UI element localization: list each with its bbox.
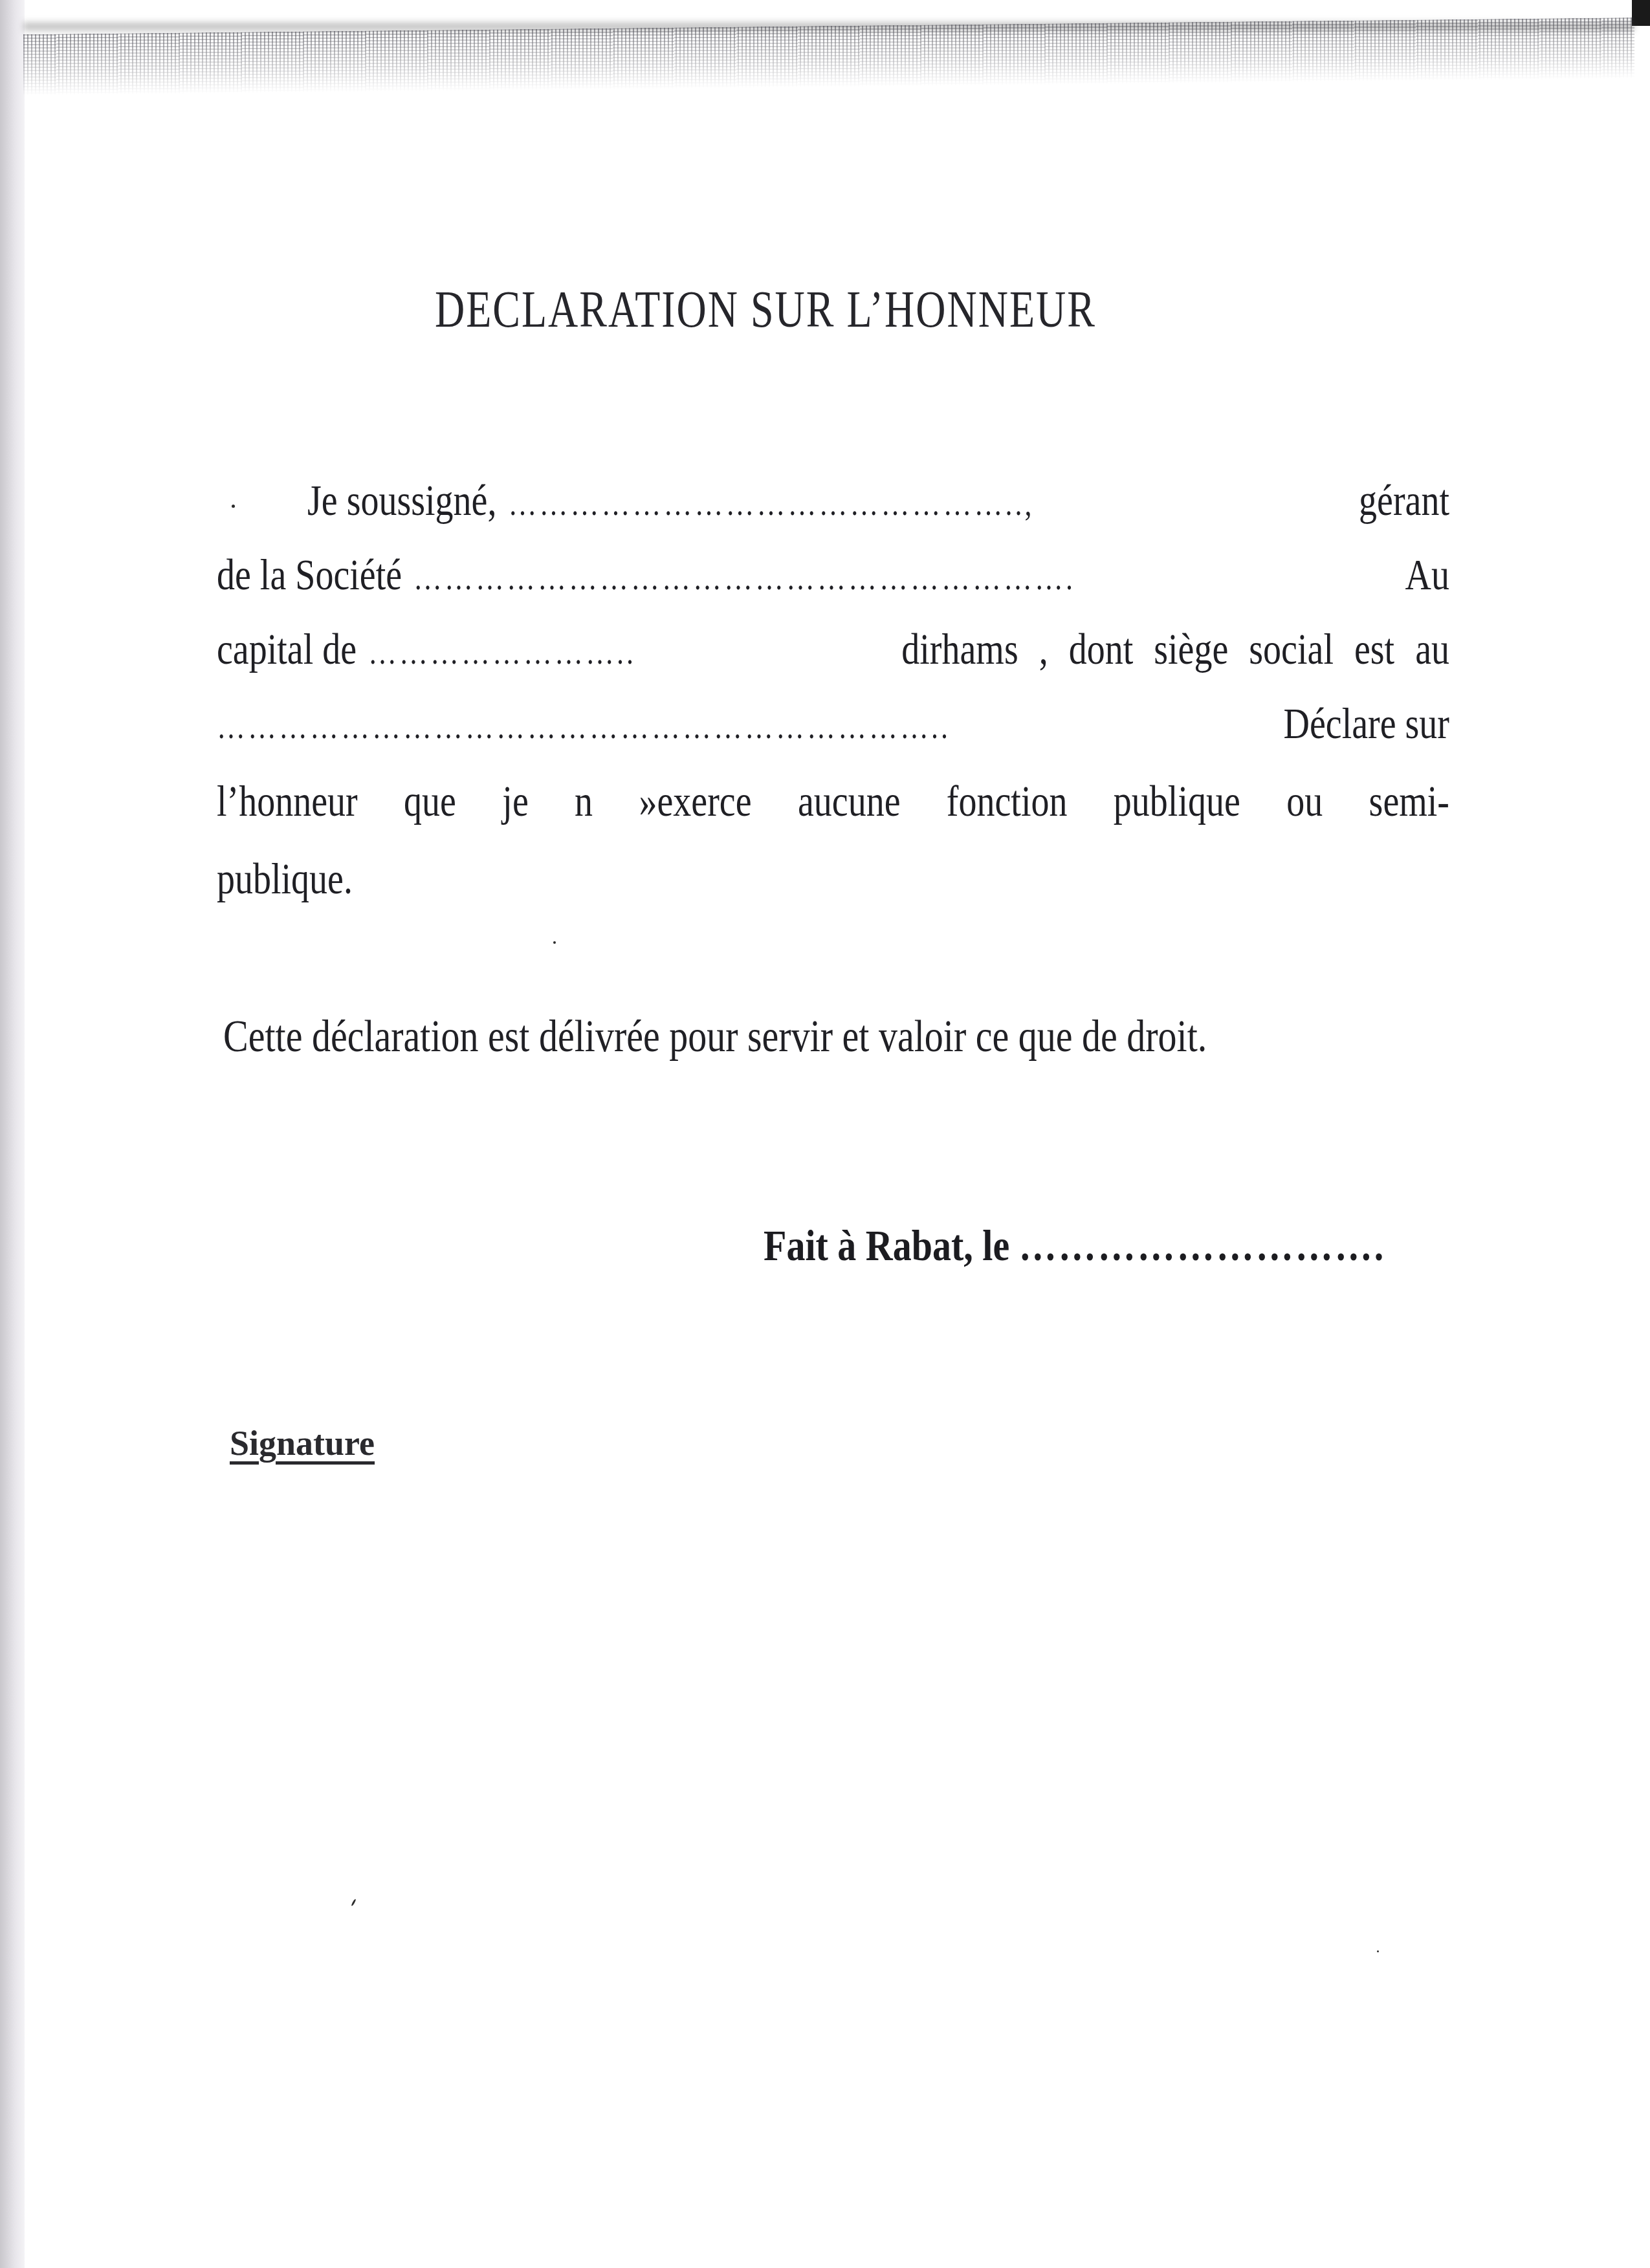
scan-speck <box>1377 1950 1379 1952</box>
body-line-2-tail: Au <box>1405 550 1449 600</box>
scan-left-edge <box>0 0 25 2268</box>
body-line-2: de la Société ………………………………………………………. Au <box>217 550 1449 613</box>
body-line-1-tail: gérant <box>1359 475 1449 526</box>
scan-right-edge <box>1632 0 1650 26</box>
date-blank: ………………………. <box>1019 1220 1386 1270</box>
body-line-1: Je soussigné, ………………………………………….., gérant <box>217 475 1449 539</box>
body-line-4-tail: Déclare sur <box>1283 699 1449 749</box>
address-blank: …………………………………………………………….. <box>217 706 1271 747</box>
body-line-2-lead: de la Société <box>217 550 402 600</box>
body-line-4: …………………………………………………………….. Déclare sur <box>217 699 1449 762</box>
body-line-6-text: publique. <box>217 854 353 904</box>
document-title: DECLARATION SUR L’HONNEUR <box>435 279 1096 340</box>
scan-speck <box>232 505 235 508</box>
body-line-5-text: l’honneur que je n »exerce aucune foncti… <box>217 776 1449 827</box>
body-line-6: publique. <box>217 854 1449 917</box>
scan-speck <box>553 941 556 944</box>
body-line-3-lead: capital de <box>217 624 357 675</box>
scan-speck <box>351 1899 357 1906</box>
name-blank: ………………………………………….., <box>508 483 1347 523</box>
closing-statement: Cette déclaration est délivrée pour serv… <box>223 1009 1207 1062</box>
place-date-line: Fait à Rabat, le ………………………. <box>764 1219 1385 1270</box>
body-line-3: capital de …………………….. dirhams , dont siè… <box>217 624 1449 688</box>
body-line-1-lead: Je soussigné, <box>217 475 496 526</box>
capital-blank: …………………….. <box>368 632 672 672</box>
body-line-5: l’honneur que je n »exerce aucune foncti… <box>217 776 1449 840</box>
signature-label: Signature <box>230 1423 375 1463</box>
body-line-3-tail: dirhams , dont siège social est au <box>684 624 1449 675</box>
company-blank: ………………………………………………………. <box>413 558 1393 598</box>
place-date-label: Fait à Rabat, le <box>764 1220 1009 1270</box>
